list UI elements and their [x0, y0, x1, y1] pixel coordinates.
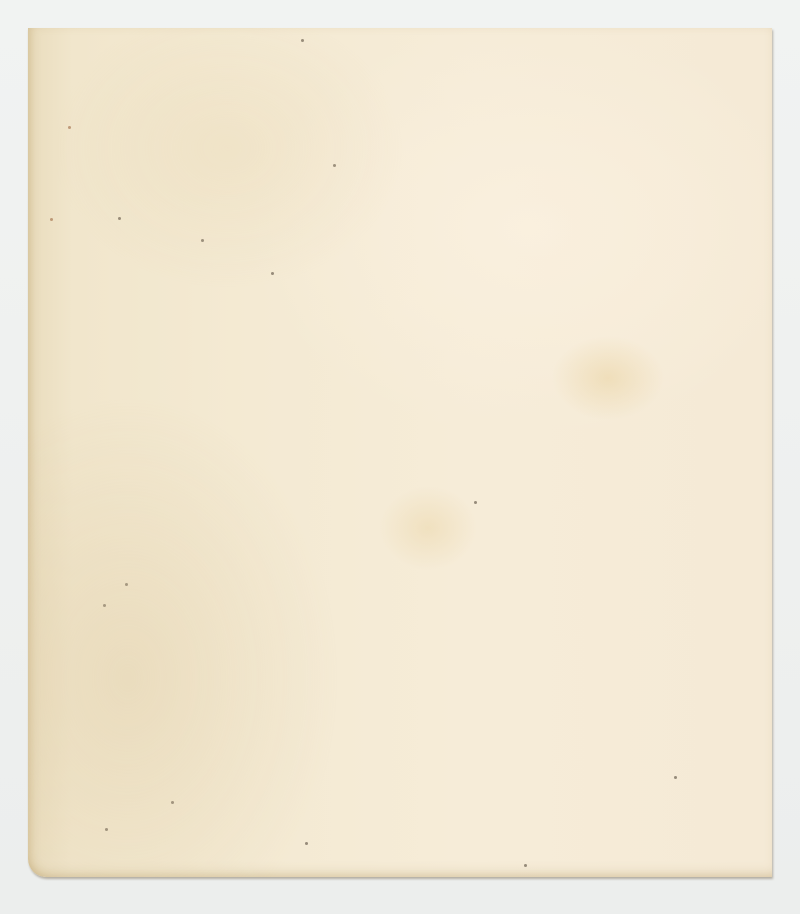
paper-speck: [68, 126, 71, 129]
paper-speck: [524, 864, 527, 867]
paper-speck: [474, 501, 477, 504]
paper-speck: [674, 776, 677, 779]
paper-speck: [105, 828, 108, 831]
blank-paper-sheet: [28, 28, 772, 877]
paper-speck: [301, 39, 304, 42]
paper-speck: [118, 217, 121, 220]
paper-speck: [305, 842, 308, 845]
paper-speck: [103, 604, 106, 607]
paper-speck: [333, 164, 336, 167]
paper-speck: [171, 801, 174, 804]
paper-speck: [125, 583, 128, 586]
paper-speck: [201, 239, 204, 242]
paper-speck: [271, 272, 274, 275]
paper-speck: [50, 218, 53, 221]
